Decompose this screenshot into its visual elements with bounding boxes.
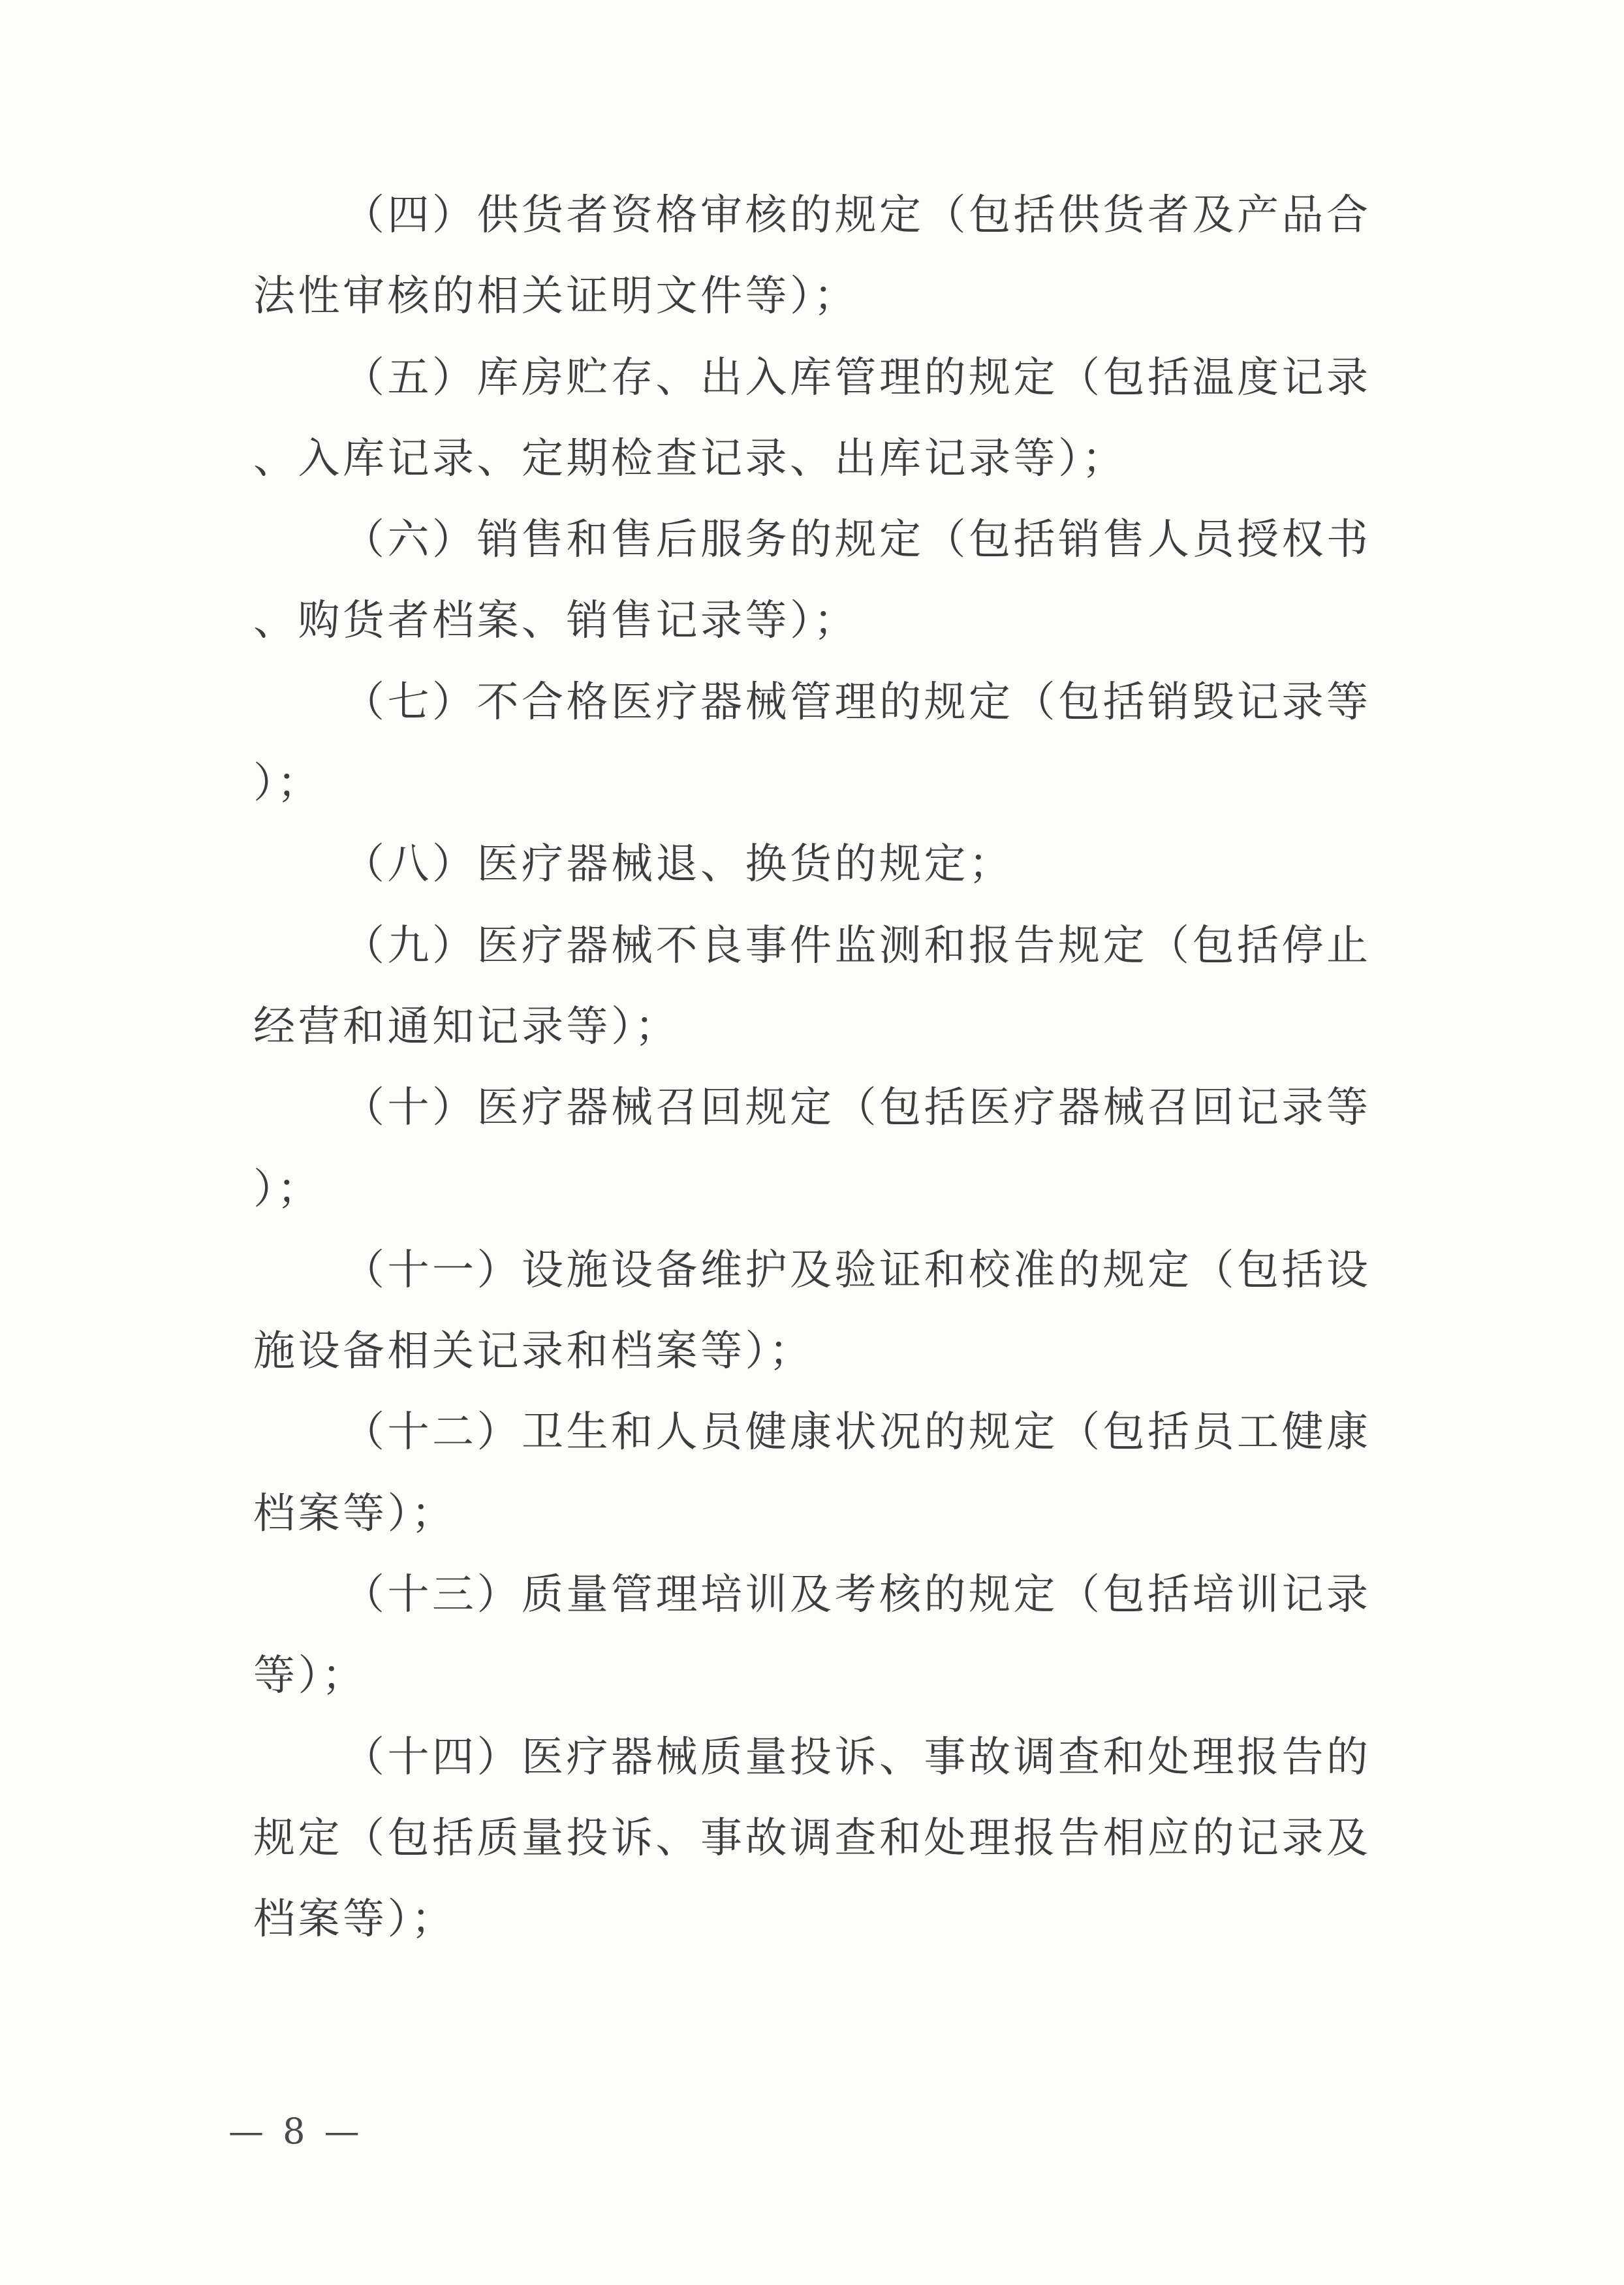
text-line: 、购货者档案、销售记录等）； [253,580,1422,661]
document-body: （四）供货者资格审核的规定（包括供货者及产品合 法性审核的相关证明文件等）； （… [253,175,1422,1961]
text-line: 档案等）； [253,1879,1422,1960]
text-line: ）； [253,1149,1422,1230]
text-line: （十）医疗器械召回规定（包括医疗器械召回记录等 [253,1067,1422,1148]
text-line: （十三）质量管理培训及考核的规定（包括培训记录 [253,1554,1422,1635]
document-page: （四）供货者资格审核的规定（包括供货者及产品合 法性审核的相关证明文件等）； （… [0,0,1624,2285]
text-line: （五）库房贮存、出入库管理的规定（包括温度记录 [253,338,1422,418]
page-number: — 8 — [228,2109,364,2154]
text-line: （八）医疗器械退、换货的规定； [253,824,1422,905]
text-line: 经营和通知记录等）； [253,986,1422,1067]
text-line: 法性审核的相关证明文件等）； [253,256,1422,337]
text-line: （十二）卫生和人员健康状况的规定（包括员工健康 [253,1392,1422,1473]
text-line: （九）医疗器械不良事件监测和报告规定（包括停止 [253,906,1422,986]
text-line: （四）供货者资格审核的规定（包括供货者及产品合 [253,175,1422,256]
text-line: 档案等）； [253,1473,1422,1554]
text-line: 施设备相关记录和档案等）； [253,1311,1422,1392]
text-line: 等）； [253,1635,1422,1716]
text-line: （十一）设施设备维护及验证和校准的规定（包括设 [253,1230,1422,1311]
text-line: ）； [253,743,1422,824]
text-line: 、入库记录、定期检查记录、出库记录等）； [253,418,1422,499]
text-line: （七）不合格医疗器械管理的规定（包括销毁记录等 [253,662,1422,743]
text-line: 规定（包括质量投诉、事故调查和处理报告相应的记录及 [253,1798,1422,1879]
text-line: （六）销售和售后服务的规定（包括销售人员授权书 [253,499,1422,580]
text-line: （十四）医疗器械质量投诉、事故调查和处理报告的 [253,1717,1422,1798]
